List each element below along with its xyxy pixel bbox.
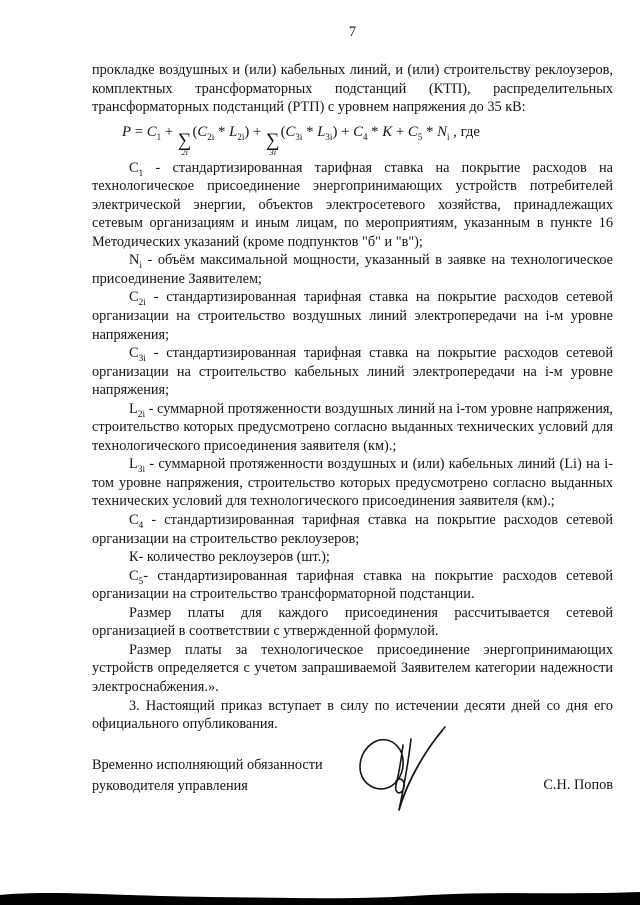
paragraph-payment-calc: Размер платы для каждого присоединения р… [92, 604, 613, 641]
definition-c3i: С3i - стандартизированная тарифная ставк… [92, 344, 613, 400]
paragraph-item-3-entry-into-force: 3. Настоящий приказ вступает в силу по и… [92, 697, 613, 734]
definition-l3i: L3i - суммарной протяженности воздушных … [92, 455, 613, 511]
definition-ni: Ni - объём максимальной мощности, указан… [92, 251, 613, 288]
definition-l2i: L2i - суммарной протяженности воздушных … [92, 400, 613, 456]
definition-c4: С4 - стандартизированная тарифная ставка… [92, 511, 613, 548]
paragraph-intro: прокладке воздушных и (или) кабельных ли… [92, 61, 613, 117]
signature-block: Временно исполняющий обязанности руковод… [92, 755, 613, 797]
document-content: 7 прокладке воздушных и (или) кабельных … [92, 24, 613, 797]
page-number: 7 [92, 24, 613, 41]
signatory-title-line2: руководителя управления [92, 776, 323, 797]
definition-k: К- количество реклоузеров (шт.); [92, 548, 613, 567]
definition-c5: С5- стандартизированная тарифная ставка … [92, 567, 613, 604]
scanned-document-page: 7 прокладке воздушных и (или) кабельных … [0, 0, 640, 905]
signatory-title-line1: Временно исполняющий обязанности [92, 755, 323, 776]
definition-c1: С1 - стандартизированная тарифная ставка… [92, 159, 613, 252]
scan-artifact-bottom-edge-icon [0, 887, 640, 905]
paragraph-payment-reliability: Размер платы за технологическое присоеди… [92, 641, 613, 697]
handwritten-signature-icon [354, 725, 454, 817]
signatory-name: С.Н. Попов [543, 777, 613, 794]
payment-formula: P = C1 + ∑2i(C2i * L2i) + ∑3i(C3i * L3i)… [92, 119, 613, 156]
signatory-title: Временно исполняющий обязанности руковод… [92, 755, 323, 797]
definition-c2i: С2i - стандартизированная тарифная ставк… [92, 288, 613, 344]
